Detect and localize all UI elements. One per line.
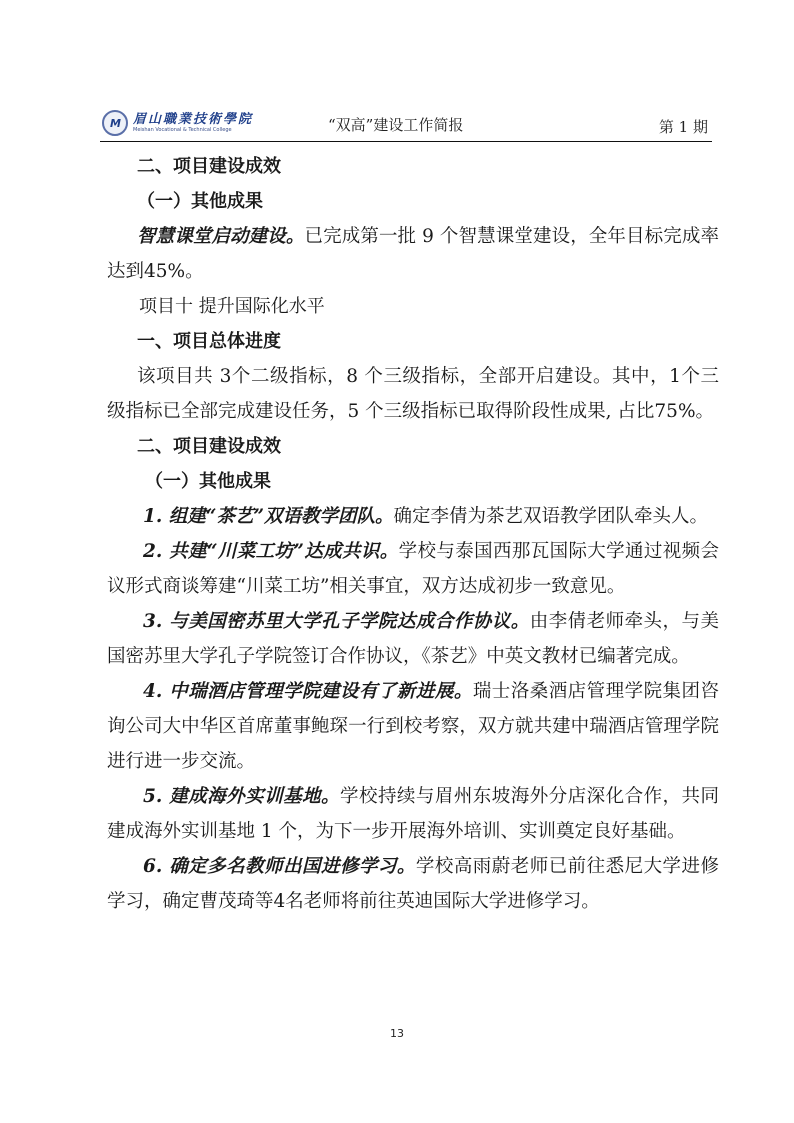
issue-number: 第 1 期 <box>659 116 708 137</box>
section-heading: 二、项目建设成效 <box>107 149 719 184</box>
college-logo: M 眉山職業技術學院 Meishan Vocational & Technica… <box>102 110 253 136</box>
page-header: M 眉山職業技術學院 Meishan Vocational & Technica… <box>100 108 712 142</box>
result-item-4: 4. 中瑞酒店管理学院建设有了新进展。瑞士洛桑酒店管理学院集团咨询公司大中华区首… <box>107 674 719 779</box>
college-name-cn: 眉山職業技術學院 <box>133 112 253 127</box>
subsection-heading: （一）其他成果 <box>107 184 719 219</box>
item-lead: 1. 组建“茶艺”双语教学团队。 <box>143 506 394 527</box>
item-lead: 6. 确定多名教师出国进修学习。 <box>143 856 416 877</box>
page-number: 13 <box>0 1027 794 1040</box>
item-lead: 2. 共建“川菜工坊”达成共识。 <box>143 541 399 562</box>
result-item-6: 6. 确定多名教师出国进修学习。学校高雨蔚老师已前往悉尼大学进修学习，确定曹茂琦… <box>107 849 719 919</box>
item-text: 确定李倩为茶艺双语教学团队牵头人。 <box>394 506 709 527</box>
college-name-en: Meishan Vocational & Technical College <box>133 127 253 134</box>
progress-heading: 一、项目总体进度 <box>107 324 719 359</box>
item-lead: 3. 与美国密苏里大学孔子学院达成合作协议。 <box>143 611 530 632</box>
college-emblem-icon: M <box>102 110 128 136</box>
paragraph-lead: 智慧课堂启动建设。 <box>137 226 305 247</box>
header-divider <box>100 141 712 142</box>
paragraph-smart-classroom: 智慧课堂启动建设。已完成第一批 9 个智慧课堂建设，全年目标完成率达到45%。 <box>107 219 719 289</box>
results-subheading: （一）其他成果 <box>107 464 719 499</box>
document-body: 二、项目建设成效 （一）其他成果 智慧课堂启动建设。已完成第一批 9 个智慧课堂… <box>107 149 719 919</box>
progress-paragraph: 该项目共 3个二级指标，8 个三级指标，全部开启建设。其中，1个三级指标已全部完… <box>107 359 719 429</box>
result-item-5: 5. 建成海外实训基地。学校持续与眉州东坡海外分店深化合作，共同建成海外实训基地… <box>107 779 719 849</box>
bulletin-title: “双高”建设工作简报 <box>328 114 463 135</box>
result-item-2: 2. 共建“川菜工坊”达成共识。学校与泰国西那瓦国际大学通过视频会议形式商谈筹建… <box>107 534 719 604</box>
logo-text: 眉山職業技術學院 Meishan Vocational & Technical … <box>133 112 253 134</box>
item-lead: 5. 建成海外实训基地。 <box>143 786 340 807</box>
project-title: 项目十 提升国际化水平 <box>107 289 719 324</box>
result-item-1: 1. 组建“茶艺”双语教学团队。确定李倩为茶艺双语教学团队牵头人。 <box>107 499 719 534</box>
result-item-3: 3. 与美国密苏里大学孔子学院达成合作协议。由李倩老师牵头，与美国密苏里大学孔子… <box>107 604 719 674</box>
emblem-glyph: M <box>110 117 120 130</box>
results-heading: 二、项目建设成效 <box>107 429 719 464</box>
item-lead: 4. 中瑞酒店管理学院建设有了新进展。 <box>143 681 473 702</box>
